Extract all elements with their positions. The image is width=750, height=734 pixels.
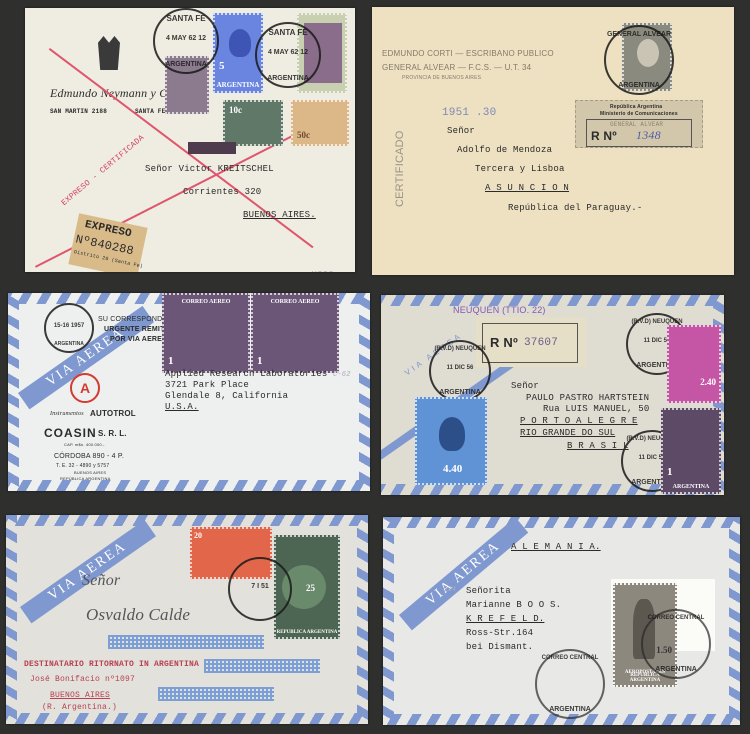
recipient-line: Señor	[511, 381, 539, 391]
recipient-line: A S U N C I O N	[485, 183, 569, 193]
airmail-border	[381, 295, 724, 306]
recipient-line: bei Dismant.	[466, 642, 533, 652]
recipient-line: BUENOS AIRES.	[243, 210, 316, 220]
sender-city: SANTA FE	[135, 108, 165, 115]
handwritten-line: Osvaldo Calde	[86, 605, 190, 625]
company-address: CÓRDOBA 890 - 4 P.	[54, 453, 124, 460]
stamp-correo-aereo: CORREO AEREO 1	[251, 293, 339, 373]
stamp-revolucion-libertadora: 2.40	[667, 325, 721, 403]
recipient-line: Rua LUIS MANUEL, 50	[543, 404, 649, 414]
postmark-correo-central: CORREO CENTRAL ARGENTINA	[535, 649, 605, 719]
return-stamp-line: BUENOS AIRES	[50, 691, 110, 700]
pencil-note: C-62	[333, 371, 351, 379]
recipient-line: Glendale 8, California	[165, 391, 288, 401]
recipient-line: Señorita	[466, 586, 511, 596]
stamp-puma: 50c	[291, 100, 349, 146]
envelope-returned: VIA AEREA 20 25 REPUBLICA ARGENTINA 7 I …	[6, 515, 368, 724]
airmail-border	[6, 713, 368, 724]
company-capital: CAP. m$n. 400.000.-	[64, 442, 105, 447]
expreso-certificada-marking: EXPRESO - CERTIFICADA	[60, 133, 146, 207]
recipient-line: P O R T O A L E G R E	[520, 416, 638, 426]
registration-label: República Argentina Ministerio de Comuni…	[575, 100, 703, 148]
return-stamp-line: DESTINATARIO RITORNATO IN ARGENTINA	[24, 660, 199, 669]
recipient-line: Applied Research Laboratories	[165, 369, 327, 379]
airmail-border	[6, 515, 368, 526]
company-name: COASIN	[44, 426, 97, 440]
company-phone: T. E. 32 - 4890 y 5757	[56, 463, 109, 469]
obliteration-block	[108, 635, 264, 649]
recipient-line: U.S.A.	[165, 402, 199, 412]
sender-province: PROVINCIA DE BUENOS AIRES	[402, 75, 481, 81]
expreso-label: EXPRESO Nº840288 Distrito 20 (Santa Fe)	[68, 213, 147, 272]
sender-address: GENERAL ALVEAR — F.C.S. — U.T. 34	[382, 63, 531, 72]
portrait-icon	[439, 417, 465, 451]
postmark-1957: 15-16 1957 ARGENTINA	[44, 303, 94, 353]
recipient-line: K R E F E L D.	[466, 614, 544, 624]
envelope-neuquen: VIA AEREA NEUQUEN (TTIO. 22) R Nº 37607 …	[381, 295, 724, 495]
recipient-line: Adolfo de Mendoza	[457, 145, 552, 155]
sender-address: SAN MARTIN 2188	[50, 108, 107, 115]
postmark-santa-fe: SANTA FE 4 MAY 62 12 ARGENTINA	[153, 8, 219, 74]
registration-label: R Nº 37607	[476, 317, 586, 367]
stamp-centenario-sello-postal: 4.40	[415, 397, 487, 485]
registration-office: NEUQUEN (TTIO. 22)	[453, 305, 546, 315]
recipient-line: Marianne B O O S.	[466, 600, 561, 610]
recipient-line: RIO GRANDE DO SUL	[520, 428, 615, 438]
airmail-border	[359, 293, 370, 491]
airmail-border	[357, 515, 368, 724]
recipient-line: Corrientes 320	[183, 187, 261, 197]
obliteration-block	[158, 687, 274, 701]
recipient-line: Señor Victor KREITSCHEL	[145, 164, 274, 174]
airmail-border	[383, 517, 740, 528]
obliteration-block	[204, 659, 320, 673]
autotrol-logo: A	[70, 373, 100, 403]
company-country: REPÚBLICA ARGENTINA	[60, 476, 110, 481]
brand-prefix: Instrumentos	[50, 411, 84, 417]
stamp-caiman: 10c	[223, 100, 283, 146]
pencil-note: U398	[311, 270, 333, 272]
cancel-bar	[188, 142, 236, 154]
pencil-note: 1951 .30	[442, 107, 496, 119]
airmail-border	[8, 480, 370, 491]
destination-country: A L E M A N I A.	[511, 542, 601, 552]
postmark-general-alvear: GENERAL ALVEAR ARGENTINA	[604, 25, 674, 95]
company-suffix: S. R. L.	[98, 429, 127, 438]
pencil-note: 534	[443, 586, 456, 594]
sender-name: EDMUNDO CORTI — ESCRIBANO PUBLICO	[382, 49, 554, 58]
airmail-border	[729, 517, 740, 725]
stamp-correo-aereo: CORREO AEREO 1	[162, 293, 250, 373]
envelope-neymann: Edmundo Neymann y Cia. SAN MARTIN 2188 S…	[25, 8, 355, 272]
postmark-1951: 7 I 51	[228, 557, 292, 621]
recipient-line: B R A S I L	[567, 441, 629, 451]
recipient-line: Señor	[447, 126, 475, 136]
brand-name: AUTOTROL	[90, 409, 136, 418]
return-stamp-line: (R. Argentina.)	[42, 703, 117, 712]
envelope-coasin: VIA AEREA 15-16 1957 ARGENTINA SU CORRES…	[8, 293, 370, 491]
envelope-corti: EDMUNDO CORTI — ESCRIBANO PUBLICO GENERA…	[372, 7, 734, 275]
postmark-neuquen: (R.V.D) NEUQUEN 11 DIC 56 ARGENTINA	[429, 340, 491, 402]
airmail-border	[6, 515, 17, 724]
return-stamp-line: José Bonifacio nº1097	[30, 675, 135, 684]
recipient-line: Ross-Str.164	[466, 628, 533, 638]
portrait-icon	[229, 29, 251, 57]
envelope-boos: VIA AEREA A L E M A N I A. 534 Señorita …	[383, 517, 740, 725]
certificado-marking: CERTIFICADO	[394, 130, 406, 207]
stamp-correo-aereo: 1 ARGENTINA	[661, 408, 721, 494]
slogan-line: POR VIA AEREA	[110, 336, 167, 343]
recipient-line: 3721 Park Place	[165, 380, 249, 390]
postmark-santa-fe: SANTA FE 4 MAY 62 12 ARGENTINA	[255, 22, 321, 88]
airmail-border	[383, 517, 394, 725]
recipient-line: PAULO PASTRO HARTSTEIN	[526, 393, 649, 403]
handwritten-line: Señor	[82, 572, 120, 590]
postmark-correo-central: CORREO CENTRAL ARGENTINA	[641, 609, 711, 679]
recipient-line: República del Paraguay.-	[508, 203, 642, 213]
company-logo	[98, 36, 120, 70]
recipient-line: Tercera y Lisboa	[475, 164, 565, 174]
company-city: BUENOS AIRES	[74, 470, 106, 475]
